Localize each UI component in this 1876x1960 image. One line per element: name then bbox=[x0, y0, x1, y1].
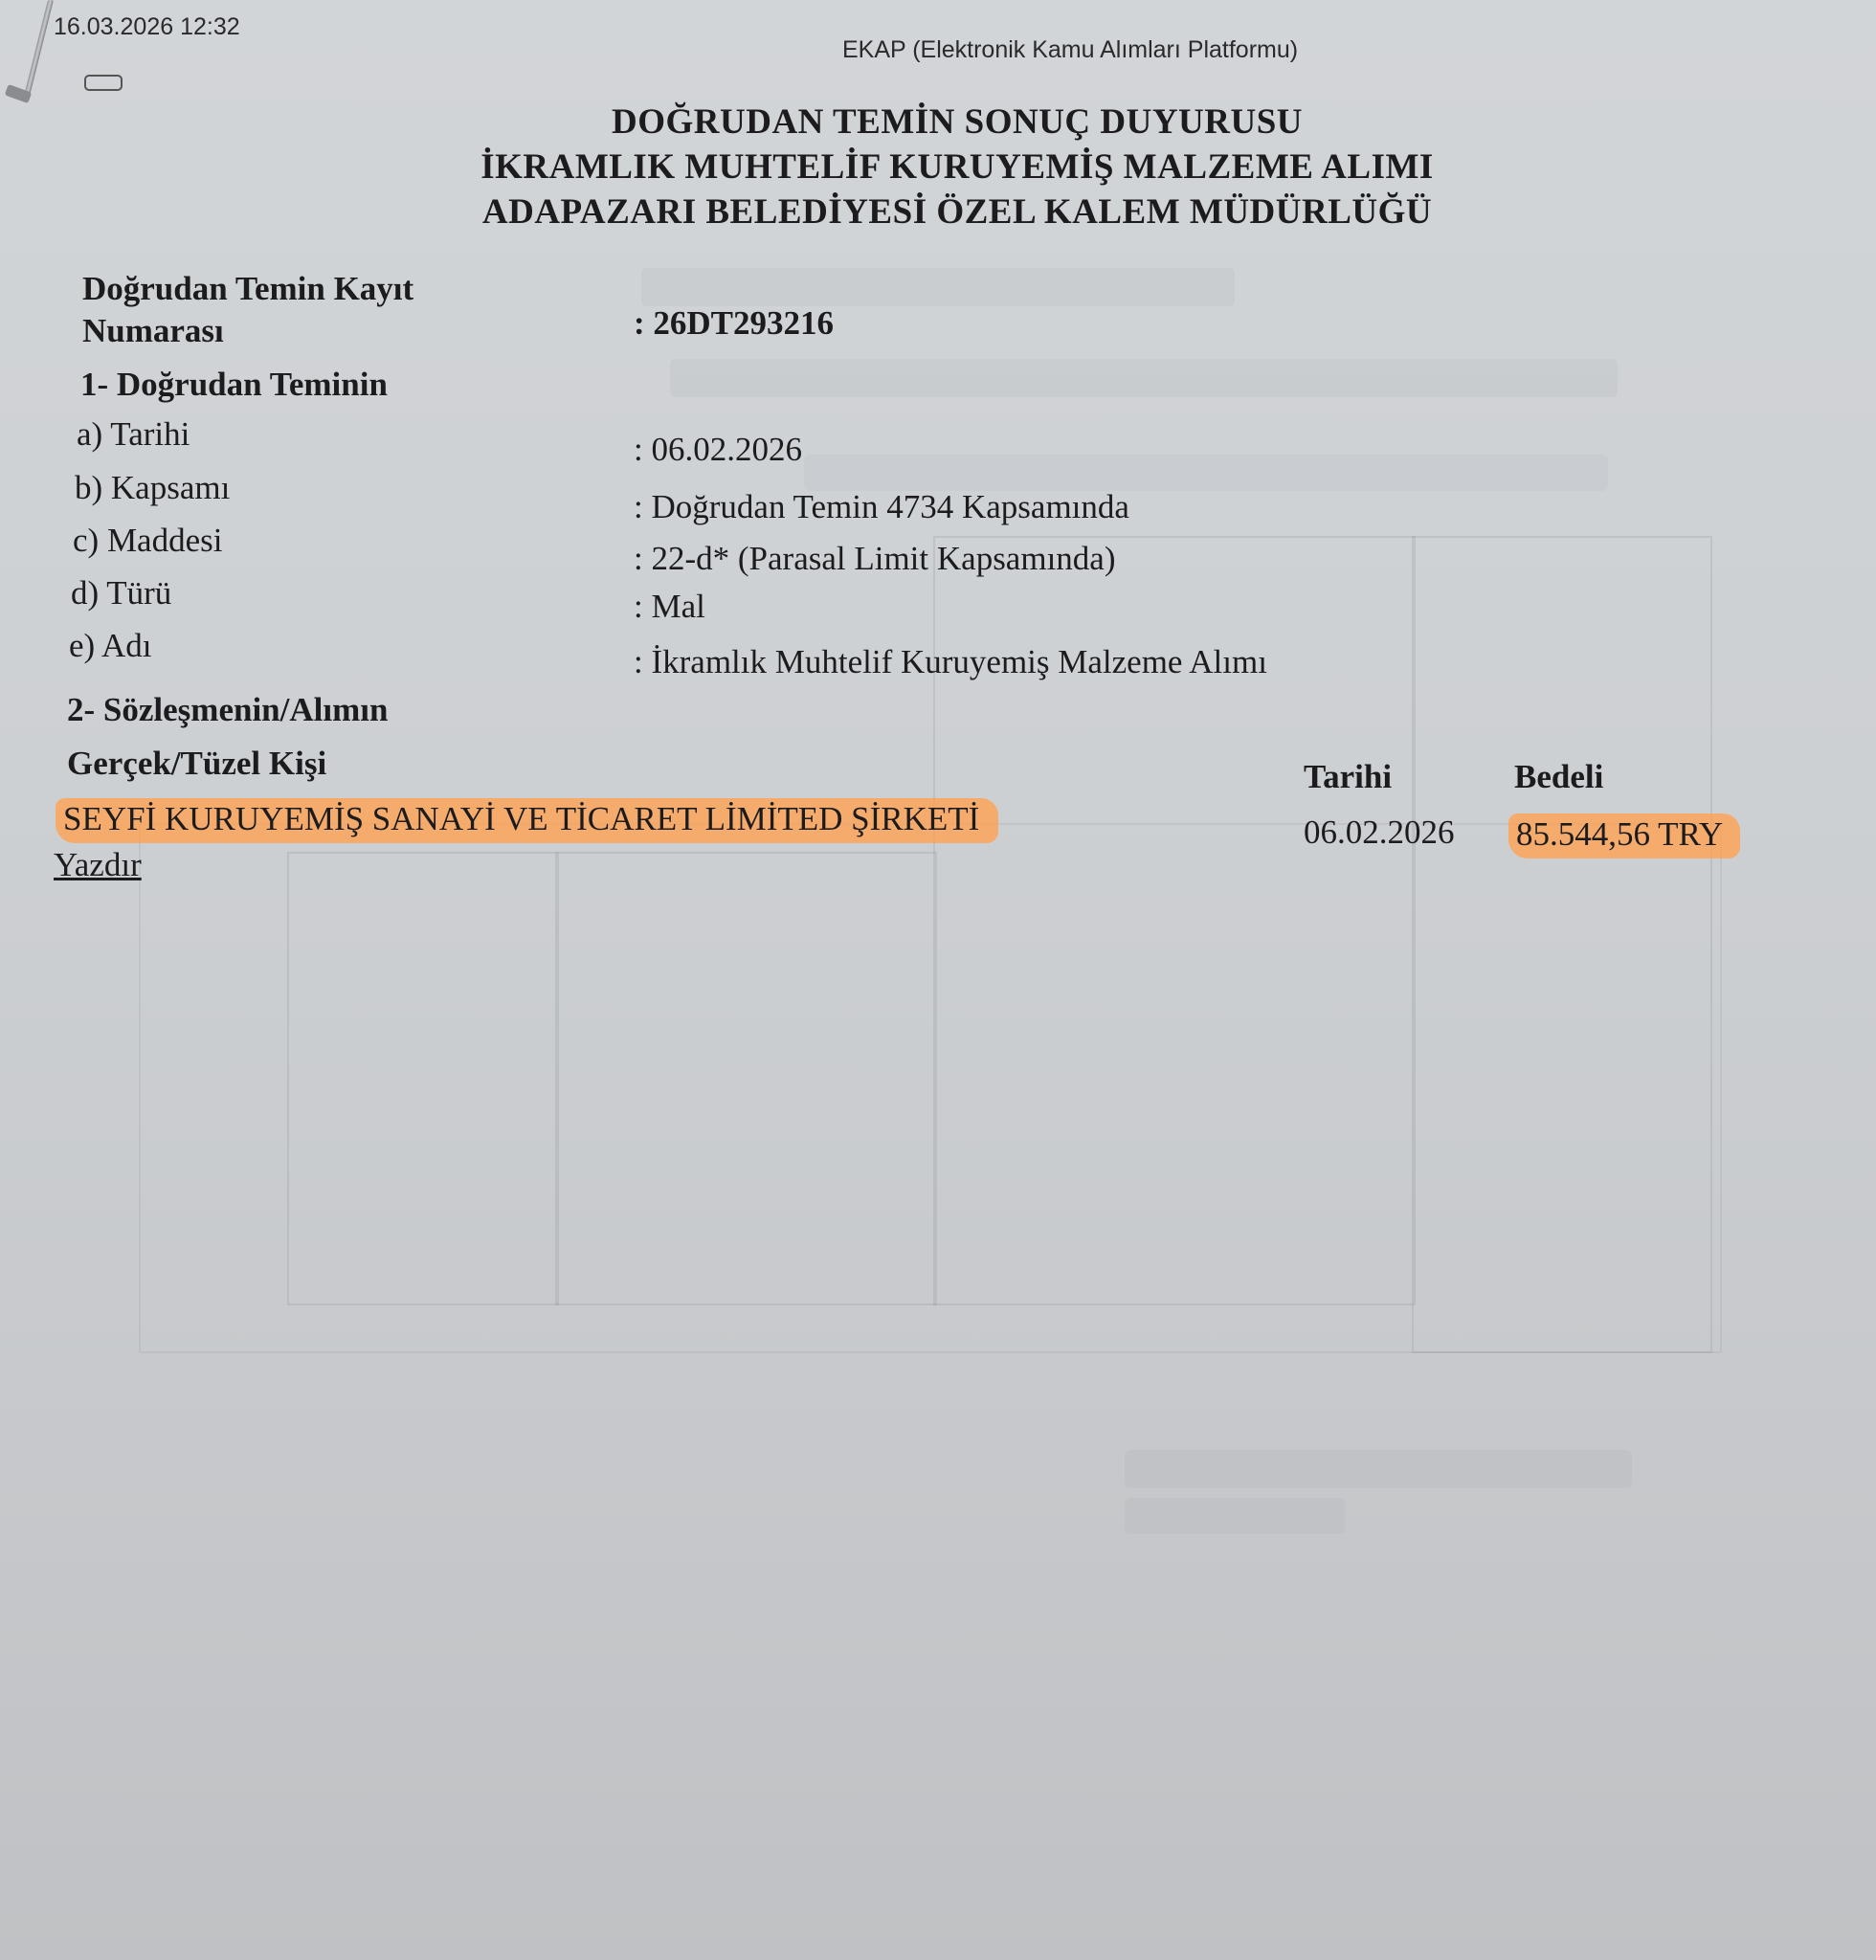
supplier-highlight: SEYFİ KURUYEMİŞ SANAYİ VE TİCARET LİMİTE… bbox=[56, 798, 998, 843]
registration-label: Doğrudan Temin Kayıt Numarası bbox=[82, 268, 413, 352]
registration-number: : 26DT293216 bbox=[634, 304, 834, 343]
title-line: İKRAMLIK MUHTELİF KURUYEMİŞ MALZEME ALIM… bbox=[19, 145, 1876, 189]
field-value-article: : 22-d* (Parasal Limit Kapsamında) bbox=[634, 540, 1115, 578]
show-through-text bbox=[670, 359, 1618, 397]
show-through-text bbox=[1125, 1498, 1345, 1534]
section2-heading-line2: Gerçek/Tüzel Kişi bbox=[67, 745, 326, 783]
supplier-name: SEYFİ KURUYEMİŞ SANAYİ VE TİCARET LİMİTE… bbox=[56, 800, 998, 838]
contract-amount: 85.544,56 TRY bbox=[1508, 815, 1740, 854]
document-title-block: DOĞRUDAN TEMİN SONUÇ DUYURUSU İKRAMLIK M… bbox=[0, 100, 1876, 234]
registration-label-line2: Numarası bbox=[82, 310, 413, 352]
show-through-text bbox=[804, 455, 1608, 491]
column-header-amount: Bedeli bbox=[1514, 758, 1603, 796]
print-link[interactable]: Yazdır bbox=[54, 846, 142, 884]
title-line: DOĞRUDAN TEMİN SONUÇ DUYURUSU bbox=[19, 100, 1876, 145]
field-label-type: d) Türü bbox=[71, 574, 171, 612]
pen-mark bbox=[23, 0, 54, 100]
title-line: ADAPAZARI BELEDİYESİ ÖZEL KALEM MÜDÜRLÜĞ… bbox=[19, 189, 1876, 234]
section1-heading: 1- Doğrudan Teminin bbox=[80, 366, 388, 404]
contract-date: 06.02.2026 bbox=[1304, 813, 1455, 852]
field-label-date: a) Tarihi bbox=[77, 415, 190, 454]
field-value-name: : İkramlık Muhtelif Kuruyemiş Malzeme Al… bbox=[634, 643, 1267, 681]
show-through-text bbox=[1125, 1450, 1632, 1488]
column-header-date: Tarihi bbox=[1304, 758, 1392, 796]
show-through-grid-column bbox=[287, 852, 559, 1305]
field-label-scope: b) Kapsamı bbox=[75, 469, 230, 507]
show-through-grid-column bbox=[1412, 536, 1712, 1353]
platform-name: EKAP (Elektronik Kamu Alımları Platformu… bbox=[842, 36, 1298, 64]
show-through-grid-column bbox=[555, 852, 937, 1305]
field-value-date: : 06.02.2026 bbox=[634, 431, 802, 469]
print-timestamp: 16.03.2026 12:32 bbox=[54, 13, 240, 41]
field-value-type: : Mal bbox=[634, 588, 705, 626]
registration-label-line1: Doğrudan Temin Kayıt bbox=[82, 268, 413, 310]
amount-highlight: 85.544,56 TRY bbox=[1508, 813, 1740, 858]
field-label-name: e) Adı bbox=[69, 627, 152, 665]
field-value-scope: : Doğrudan Temin 4734 Kapsamında bbox=[634, 488, 1129, 526]
field-label-article: c) Maddesi bbox=[73, 522, 222, 560]
section2-heading-line1: 2- Sözleşmenin/Alımın bbox=[67, 691, 388, 729]
show-through-text bbox=[641, 268, 1235, 306]
checkbox-icon bbox=[84, 75, 123, 91]
